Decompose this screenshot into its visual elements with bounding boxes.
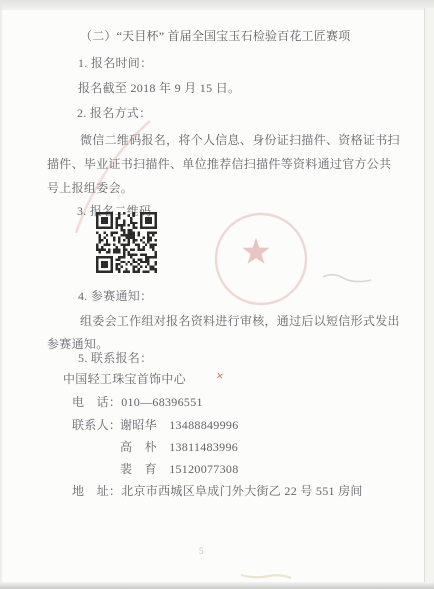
item-2-body-line-3: 号上报组委会。 <box>47 181 133 195</box>
contact-address-line: 地 址：北京市西城区阜成门外大街乙 22 号 551 房间 <box>72 484 363 498</box>
registration-qr-code <box>95 212 158 273</box>
item-2-label: 2. 报名方式： <box>77 106 151 120</box>
scan-edge-right <box>424 8 425 584</box>
item-4-label: 4. 参赛通知： <box>78 289 152 303</box>
scan-edge-right-shade <box>425 8 434 584</box>
bottom-smudge <box>241 575 291 578</box>
stamp-circle <box>216 214 306 304</box>
section-heading: （二）“天目杯” 首届全国宝玉石检验百花工匠赛项 <box>80 29 350 43</box>
item-1-label: 1. 报名时间： <box>78 56 152 70</box>
scanned-document-page: （二）“天目杯” 首届全国宝玉石检验百花工匠赛项 1. 报名时间： 报名截至 2… <box>0 0 434 589</box>
page-number: 5 <box>199 546 204 556</box>
contact-person-3: 裴 育 15120077308 <box>120 462 239 476</box>
item-2-body-line-2: 描件、毕业证书扫描件、单位推荐信扫描件等资料通过官方公共 <box>47 157 391 171</box>
qr-code-image <box>95 212 158 273</box>
contact-person-2: 高 朴 13811483996 <box>120 440 238 454</box>
scan-edge-top <box>0 0 434 10</box>
item-2-body-line-1: 微信二维码报名，将个人信息、身份证扫描件、资格证书扫 <box>80 133 400 147</box>
contact-organization: 中国轻工珠宝首饰中心 <box>63 372 186 386</box>
pencil-squiggle <box>323 275 371 282</box>
red-check-mark: ✕ <box>215 372 224 383</box>
item-5-label: 5. 联系报名： <box>78 351 152 365</box>
contact-person-1: 谢昭华 13488849996 <box>120 418 239 432</box>
item-4-body-line-1: 组委会工作组对报名资料进行审核，通过后以短信形式发出 <box>80 314 400 328</box>
item-4-body-line-2: 参赛通知。 <box>47 337 109 351</box>
scan-edge-bottom <box>0 582 434 589</box>
scan-edge-left <box>0 0 3 589</box>
stamp-star <box>242 238 269 264</box>
item-1-body: 报名截至 2018 年 9 月 15 日。 <box>78 81 240 95</box>
contact-phone-line: 电 话：010—68396551 <box>72 395 203 409</box>
contact-persons-label: 联系人： <box>72 418 121 432</box>
